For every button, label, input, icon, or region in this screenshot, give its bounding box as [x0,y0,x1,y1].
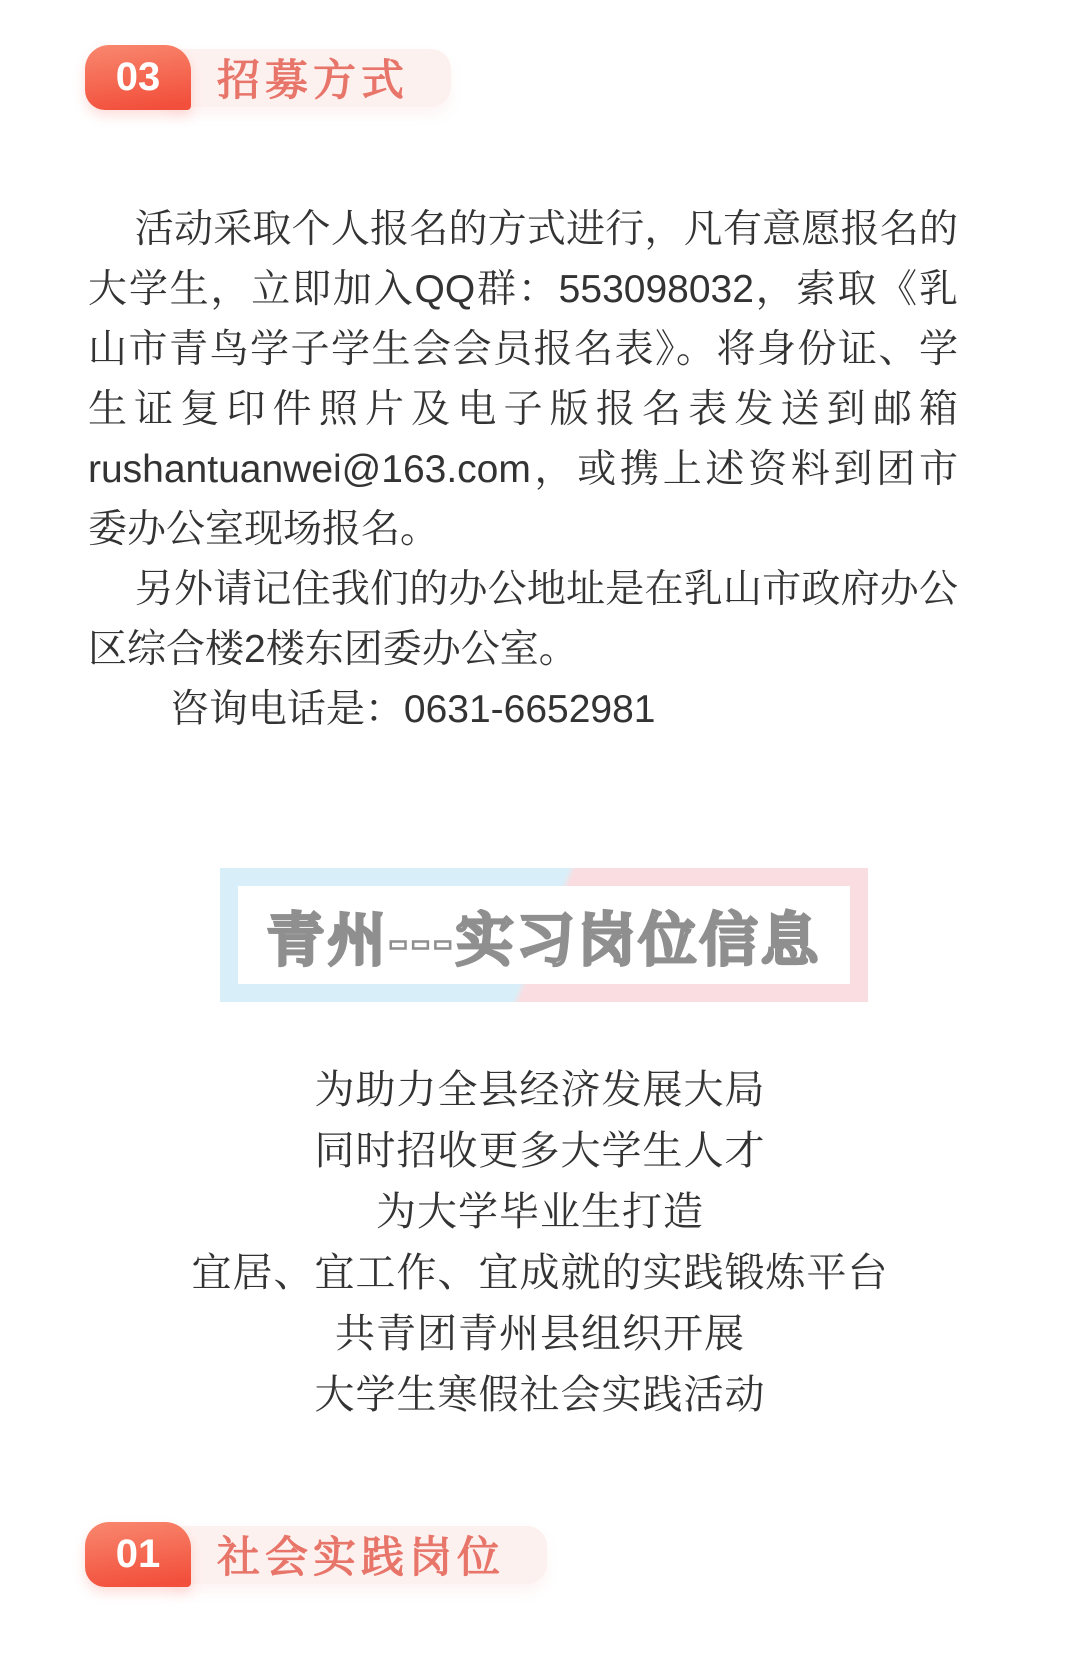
paragraph-signup-method: 活动采取个人报名的方式进行，凡有意愿报名的大学生，立即加入QQ群：5530980… [88,200,958,560]
qingzhou-banner: 青州---实习岗位信息 [220,868,868,1002]
section-title: 社会实践岗位 [169,1526,547,1584]
article-body: 活动采取个人报名的方式进行，凡有意愿报名的大学生，立即加入QQ群：5530980… [88,200,958,740]
intro-stanza: 为助力全县经济发展大局 同时招收更多大学生人才 为大学毕业生打造 宜居、宜工作、… [0,1060,1080,1426]
intro-line: 大学生寒假社会实践活动 [0,1365,1080,1426]
intro-line: 宜居、宜工作、宜成就的实践锻炼平台 [0,1243,1080,1304]
qingzhou-banner-title: 青州---实习岗位信息 [267,893,822,977]
section-title: 招募方式 [169,49,451,107]
intro-line: 同时招收更多大学生人才 [0,1121,1080,1182]
paragraph-office-address: 另外请记住我们的办公地址是在乳山市政府办公区综合楼2楼东团委办公室。 [88,560,958,680]
article-page: 03 招募方式 活动采取个人报名的方式进行，凡有意愿报名的大学生，立即加入QQ群… [0,0,1080,1673]
intro-line: 共青团青州县组织开展 [0,1304,1080,1365]
intro-line: 为大学毕业生打造 [0,1182,1080,1243]
section-header-social-practice: 01 社会实践岗位 [85,1522,547,1587]
section-number-badge: 01 [85,1522,191,1587]
intro-line: 为助力全县经济发展大局 [0,1060,1080,1121]
section-header-recruitment: 03 招募方式 [85,45,451,110]
section-number-badge: 03 [85,45,191,110]
qingzhou-banner-inner: 青州---实习岗位信息 [238,886,850,984]
phone-line: 咨询电话是：0631-6652981 [88,680,958,740]
